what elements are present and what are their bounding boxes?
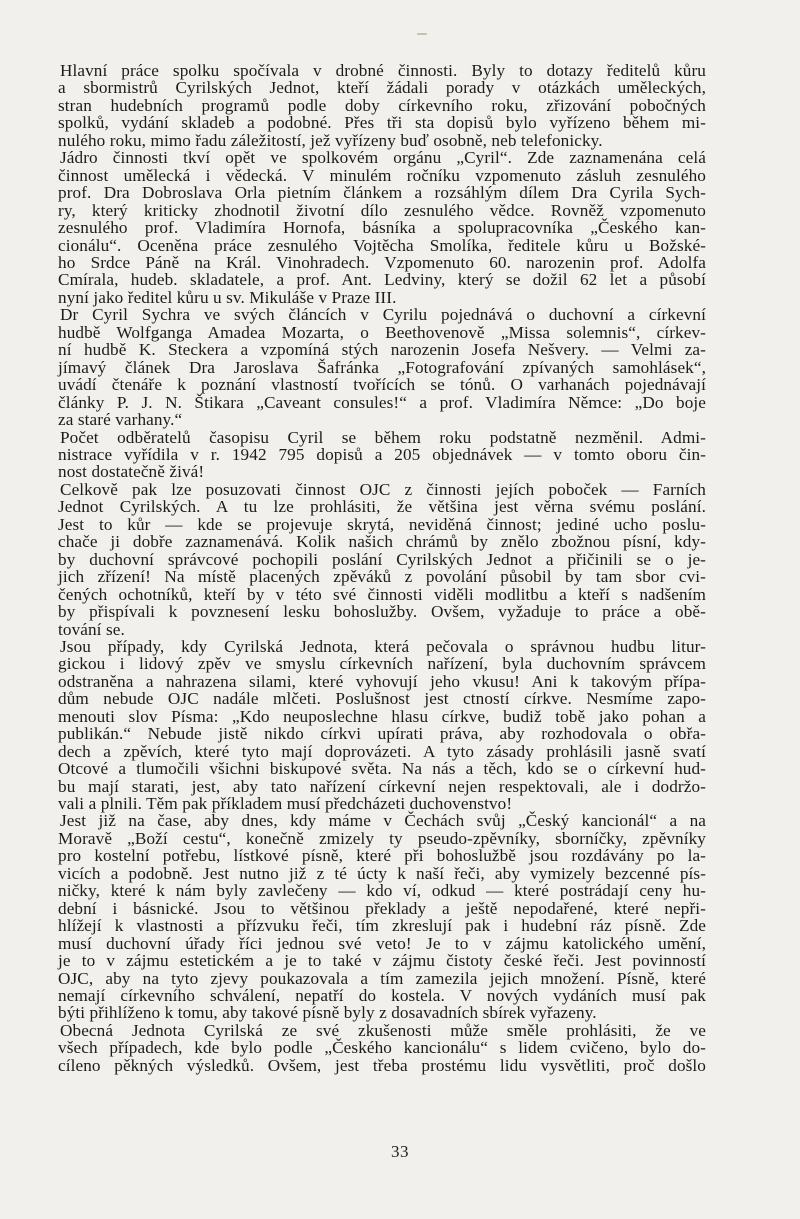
text-line: hlížejí k vlastnosti a přízvuku řeči, tí… (58, 917, 706, 934)
text-line: nulého roku, mimo řadu záležitostí, jež … (58, 132, 706, 149)
text-line: vali a plnili. Těm pak příkladem musí př… (58, 795, 706, 812)
text-line: nistrace vyřídila v r. 1942 795 dopisů a… (58, 446, 706, 463)
text-line: publikán.“ Nebude jistě nikdo církvi upí… (58, 725, 706, 742)
print-mark (417, 33, 427, 35)
text-line: Jsou případy, kdy Cyrilská Jednota, kter… (58, 638, 706, 655)
text-line: spolků, vydání skladeb a podobné. Přes t… (58, 114, 706, 131)
text-line: Jest již na čase, aby dnes, kdy máme v Č… (58, 812, 706, 829)
text-line: hudbě Wolfganga Amadea Mozarta, o Beetho… (58, 324, 706, 341)
paragraph: Dr Cyril Sychra ve svých článcích v Cyri… (58, 306, 706, 428)
text-line: ho Srdce Páně na Král. Vinohradech. Vzpo… (58, 254, 706, 271)
text-line: Otcové a tlumočili všichni biskupové svě… (58, 760, 706, 777)
text-line: vicích a podobně. Jest nutno již z té úc… (58, 865, 706, 882)
text-line: Počet odběratelů časopisu Cyril se během… (58, 429, 706, 446)
paragraph: Jsou případy, kdy Cyrilská Jednota, kter… (58, 638, 706, 813)
text-line: a sbormistrů Cyrilských Jednot, kteří žá… (58, 79, 706, 96)
text-line: dům nebude OJC nadále mlčeti. Poslušnost… (58, 690, 706, 707)
text-line: prof. Dra Dobroslava Orla pietním článke… (58, 184, 706, 201)
text-line: za staré varhany.“ (58, 411, 706, 428)
paragraph: Počet odběratelů časopisu Cyril se během… (58, 429, 706, 481)
text-line: uvádí čtenáře k poznání vlastností tvoří… (58, 376, 706, 393)
text-line: čených ochotníků, kteří by v této své či… (58, 586, 706, 603)
text-line: Moravě „Boží cestu“, konečně zmizely ty … (58, 830, 706, 847)
text-line: zesnulého prof. Vladimíra Hornofa, básní… (58, 219, 706, 236)
text-line: by duchovní správcové pochopili poslání … (58, 551, 706, 568)
text-line: Jádro činnosti tkví opět ve spolkovém or… (58, 149, 706, 166)
text-line: tování se. (58, 621, 706, 638)
body-text: Hlavní práce spolku spočívala v drobné č… (58, 62, 706, 1074)
text-line: chače ji dobře zaznamenává. Kolik našich… (58, 533, 706, 550)
text-line: Jest to kůr — kde se projevuje skrytá, n… (58, 516, 706, 533)
text-line: cíleno pěkných výsledků. Ovšem, jest tře… (58, 1057, 706, 1074)
paragraph: Obecná Jednota Cyrilská ze své zkušenost… (58, 1022, 706, 1074)
text-line: menouti slov Písma: „Kdo neuposlechne hl… (58, 708, 706, 725)
text-line: odstraněna a nahrazena silami, které vyh… (58, 673, 706, 690)
text-line: OJC, aby na tyto zjevy poukazovala a tím… (58, 970, 706, 987)
text-line: stran hudebních programů podle doby círk… (58, 97, 706, 114)
text-line: nyní jako ředitel kůru u sv. Mikuláše v … (58, 289, 706, 306)
text-line: činnost umělecká i vědecká. V minulém ro… (58, 167, 706, 184)
paragraph: Celkově pak lze posuzovati činnost OJC z… (58, 481, 706, 638)
text-line: všech případech, kde bylo podle „Českého… (58, 1039, 706, 1056)
text-line: by přispívali k povznesení lesku bohoslu… (58, 603, 706, 620)
text-line: musí duchovní úřady říci jednou své veto… (58, 935, 706, 952)
text-line: ní hudbě K. Steckera a vzpomíná stých na… (58, 341, 706, 358)
text-line: Celkově pak lze posuzovati činnost OJC z… (58, 481, 706, 498)
text-line: je to v zájmu estetickém a je to také v … (58, 952, 706, 969)
text-line: nost dostatečně živá! (58, 463, 706, 480)
text-line: pro kostelní potřebu, lístkové písně, kt… (58, 847, 706, 864)
text-line: býti přihlíženo k tomu, aby takové písně… (58, 1004, 706, 1021)
text-line: jich zřízení! Na místě placených zpěváků… (58, 568, 706, 585)
text-line: Hlavní práce spolku spočívala v drobné č… (58, 62, 706, 79)
text-line: ničky, které k nám byly zavlečeny — kdo … (58, 882, 706, 899)
paragraph: Hlavní práce spolku spočívala v drobné č… (58, 62, 706, 149)
text-line: Dr Cyril Sychra ve svých článcích v Cyri… (58, 306, 706, 323)
text-line: cionálu“. Oceněna práce zesnulého Vojtěc… (58, 237, 706, 254)
text-line: dech a zpěvích, které tyto mají doprováz… (58, 743, 706, 760)
text-line: jímavý článek Dra Jaroslava Šafránka „Fo… (58, 359, 706, 376)
text-line: Cmírala, hudeb. skladatele, a prof. Ant.… (58, 271, 706, 288)
text-line: Jednot Cyrilských. A tu lze prohlásiti, … (58, 498, 706, 515)
paragraph: Jádro činnosti tkví opět ve spolkovém or… (58, 149, 706, 306)
text-line: ry, který kriticky zhodnotil životní díl… (58, 202, 706, 219)
page-number: 33 (0, 1142, 800, 1162)
text-line: bu mají starati, jest, aby tato nařízení… (58, 778, 706, 795)
text-line: články P. J. N. Štikara „Caveant consule… (58, 394, 706, 411)
text-line: Obecná Jednota Cyrilská ze své zkušenost… (58, 1022, 706, 1039)
text-line: gickou i lidový zpěv ve smyslu církevníc… (58, 655, 706, 672)
book-page: Hlavní práce spolku spočívala v drobné č… (0, 0, 800, 1219)
paragraph: Jest již na čase, aby dnes, kdy máme v Č… (58, 812, 706, 1021)
text-line: nemají církevního schválení, nepatří do … (58, 987, 706, 1004)
text-line: dební i básnické. Jsou to většinou překl… (58, 900, 706, 917)
